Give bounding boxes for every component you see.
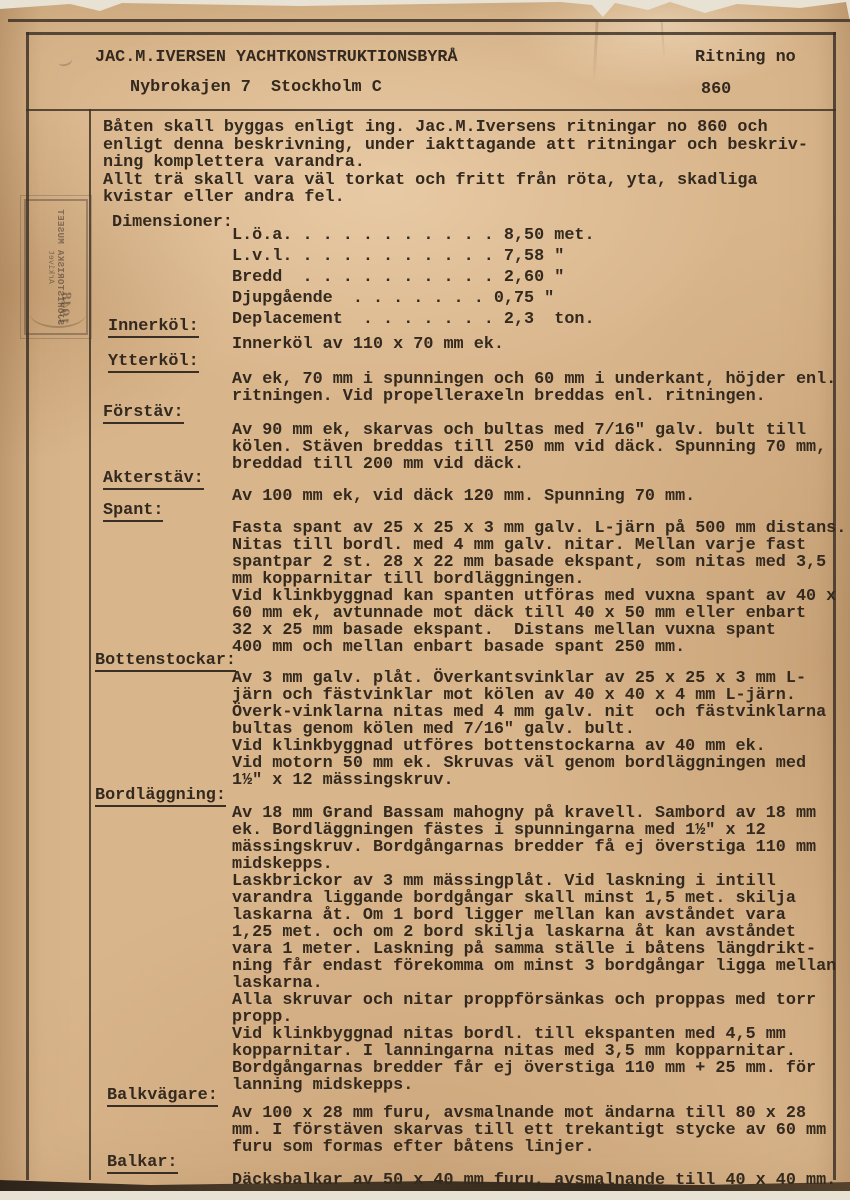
section-line: Bordgångarnas bredder får ej överstiga 1… xyxy=(232,1060,850,1077)
section-body: Av 18 mm Grand Bassam mahogny på kravell… xyxy=(232,805,850,1094)
section-line: Fasta spant av 25 x 25 x 3 mm galv. L-jä… xyxy=(232,520,850,537)
section-line: mässingskruv. Bordgångarnas bredder få e… xyxy=(232,839,850,856)
dimension-row: Bredd . . . . . . . . . . 2,60 " xyxy=(232,267,595,288)
section-heading: Ytterköl: xyxy=(108,353,199,373)
section-line: vara 1 meter. Laskning på samma ställe i… xyxy=(232,941,850,958)
section-line: Däcksbalkar av 50 x 40 mm furu, avsmalna… xyxy=(232,1172,850,1189)
intro-paragraph: Båten skall byggas enligt ing. Jac.M.Ive… xyxy=(103,119,808,207)
section-line: mm. I förstäven skarvas till ett trekant… xyxy=(232,1122,850,1139)
section-line: propp. xyxy=(232,1009,850,1026)
section-line: Innerköl av 110 x 70 mm ek. xyxy=(232,336,850,353)
section-body: Av 3 mm galv. plåt. Överkantsvinklar av … xyxy=(232,670,850,789)
intro-line: Allt trä skall vara väl torkat och fritt… xyxy=(103,172,808,190)
section-line: kölen. Stäven breddas till 250 mm vid dä… xyxy=(232,439,850,456)
section-line: Av 100 x 28 mm furu, avsmalnande mot änd… xyxy=(232,1105,850,1122)
intro-line: kvistar eller andra fel. xyxy=(103,189,808,207)
spec-section: Spant:Fasta spant av 25 x 25 x 3 mm galv… xyxy=(0,502,850,656)
section-line: midskepps. xyxy=(232,856,850,873)
spec-section: Balkar:Däcksbalkar av 50 x 40 mm furu, a… xyxy=(0,1154,850,1189)
section-line: ning får endast förekomma om minst 3 bor… xyxy=(232,958,850,975)
section-line: 32 x 25 mm basade ekspant. Distans mella… xyxy=(232,622,850,639)
section-line: 60 mm ek, avtunnade mot däck till 40 x 5… xyxy=(232,605,850,622)
section-body: Av 100 x 28 mm furu, avsmalnande mot änd… xyxy=(232,1105,850,1156)
spec-section: Innerköl:Innerköl av 110 x 70 mm ek. xyxy=(0,318,850,353)
company-address: Nybrokajen 7 Stockholm C xyxy=(130,79,382,96)
spec-section: Balkvägare:Av 100 x 28 mm furu, avsmalna… xyxy=(0,1087,850,1156)
spec-section: Bordläggning:Av 18 mm Grand Bassam mahog… xyxy=(0,787,850,1094)
section-heading: Spant: xyxy=(103,502,163,522)
section-line: spantpar 2 st. 28 x 22 mm basade ekspant… xyxy=(232,554,850,571)
section-body: Däcksbalkar av 50 x 40 mm furu, avsmalna… xyxy=(232,1172,850,1189)
section-line: järn och fästvinklar mot kölen av 40 x 4… xyxy=(232,687,850,704)
section-line: Vid klinkbyggnad utföres bottenstockarna… xyxy=(232,738,850,755)
section-heading: Förstäv: xyxy=(103,404,184,424)
spec-section: Förstäv:Av 90 mm ek, skarvas och bultas … xyxy=(0,404,850,473)
section-body: Fasta spant av 25 x 25 x 3 mm galv. L-jä… xyxy=(232,520,850,656)
section-line: laskarna åt. Om 1 bord ligger mellan kan… xyxy=(232,907,850,924)
section-line: Vid klinkbyggnad nitas bordl. till ekspa… xyxy=(232,1026,850,1043)
section-line: Överk-vinklarna nitas med 4 mm galv. nit… xyxy=(232,704,850,721)
dimension-row: L.ö.a. . . . . . . . . . . 8,50 met. xyxy=(232,225,595,246)
section-body: Innerköl av 110 x 70 mm ek. xyxy=(232,336,850,353)
section-line: Alla skruvar och nitar proppförsänkas oc… xyxy=(232,992,850,1009)
section-heading: Bordläggning: xyxy=(95,787,226,807)
dimensions-list: L.ö.a. . . . . . . . . . . 8,50 met.L.v.… xyxy=(232,225,595,330)
section-line: Vid klinkbyggnad kan spanten utföras med… xyxy=(232,588,850,605)
scanned-document-page: SJÖHISTORISKA MUSEET Arkivet 1948 JAC.M.… xyxy=(0,0,850,1200)
section-line: laskarna. xyxy=(232,975,850,992)
section-line: varandra liggande bordgångar skall minst… xyxy=(232,890,850,907)
section-line: 1,25 met. och om 2 bord skilja laskarna … xyxy=(232,924,850,941)
section-line: kopparnitar. I lanningarna nitas med 3,5… xyxy=(232,1043,850,1060)
section-line: Av ek, 70 mm i spunningen och 60 mm i un… xyxy=(232,371,850,388)
section-line: Laskbrickor av 3 mm mässingplåt. Vid las… xyxy=(232,873,850,890)
section-heading: Balkvägare: xyxy=(107,1087,218,1107)
section-heading: Innerköl: xyxy=(108,318,199,338)
dimensions-heading: Dimensioner: xyxy=(112,214,233,231)
intro-line: enligt denna beskrivning, under iakttaga… xyxy=(103,137,808,155)
intro-line: ning komplettera varandra. xyxy=(103,154,808,172)
section-line: ritningen. Vid propelleraxeln breddas en… xyxy=(232,388,850,405)
spec-section: Bottenstockar:Av 3 mm galv. plåt. Överka… xyxy=(0,652,850,789)
section-line: bultas genom kölen med 7/16" galv. bult. xyxy=(232,721,850,738)
drawing-number-value: 860 xyxy=(701,81,731,98)
section-line: Av 3 mm galv. plåt. Överkantsvinklar av … xyxy=(232,670,850,687)
company-name: JAC.M.IVERSEN YACHTKONSTRUKTIONSBYRÅ xyxy=(95,49,458,66)
dimension-row: L.v.l. . . . . . . . . . . 7,58 " xyxy=(232,246,595,267)
intro-line: Båten skall byggas enligt ing. Jac.M.Ive… xyxy=(103,119,808,137)
section-heading: Balkar: xyxy=(107,1154,178,1174)
section-line: Av 18 mm Grand Bassam mahogny på kravell… xyxy=(232,805,850,822)
section-heading: Bottenstockar: xyxy=(95,652,236,672)
section-heading: Akterstäv: xyxy=(103,470,204,490)
spec-section: Ytterköl:Av ek, 70 mm i spunningen och 6… xyxy=(0,353,850,405)
section-line: Nitas till bordl. med 4 mm galv. nitar. … xyxy=(232,537,850,554)
document-content: JAC.M.IVERSEN YACHTKONSTRUKTIONSBYRÅ Nyb… xyxy=(0,0,850,1200)
section-line: Av 90 mm ek, skarvas och bultas med 7/16… xyxy=(232,422,850,439)
section-line: ek. Bordläggningen fästes i spunningarna… xyxy=(232,822,850,839)
section-body: Av 90 mm ek, skarvas och bultas med 7/16… xyxy=(232,422,850,473)
dimension-row: Djupgående . . . . . . . 0,75 " xyxy=(232,288,595,309)
section-body: Av ek, 70 mm i spunningen och 60 mm i un… xyxy=(232,371,850,405)
spec-section: Akterstäv:Av 100 mm ek, vid däck 120 mm.… xyxy=(0,470,850,505)
section-line: Vid motorn 50 mm ek. Skruvas väl genom b… xyxy=(232,755,850,772)
section-line: mm kopparnitar till bordläggningen. xyxy=(232,571,850,588)
drawing-number-label: Ritning no xyxy=(695,49,796,66)
